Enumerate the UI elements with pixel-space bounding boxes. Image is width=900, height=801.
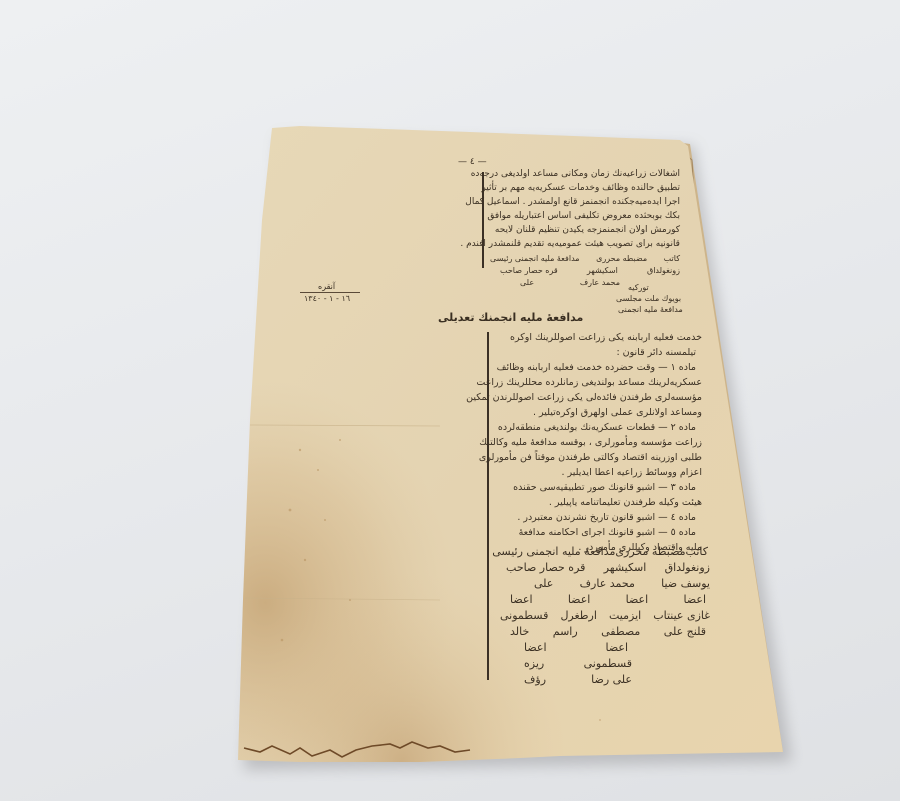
member-label: اعضا — [605, 641, 628, 654]
document-paper — [0, 0, 900, 801]
top-signature-places: زونغولداق اسكيشهر قره حصار صاحب — [500, 266, 680, 275]
signature-place: قره حصار صاحب — [506, 561, 585, 574]
member-label: اعضا — [683, 593, 706, 606]
article-line: هيئت وكيله طرفندن تعليماتنامه ياپيلير . — [492, 498, 702, 513]
page-number: — ٤ — — [458, 158, 487, 167]
signature-place: اسكيشهر — [587, 266, 618, 275]
signature-name: محمد عارف — [580, 278, 620, 287]
date-value: ١٦ - ١ - ١٣٤٠ — [304, 295, 350, 303]
article-line: طلبى اوزرينه اقتصاد وكالتى طرفندن موقتاً… — [492, 453, 702, 468]
top-paragraph: اشغالات زراعيه‌نك زمان ومكانى مساعد اولد… — [488, 170, 680, 254]
signature-names-row: يوسف ضيا محمد عارف على — [534, 577, 710, 590]
member-name: مصطفى — [601, 625, 640, 638]
member-label: اعضا — [568, 593, 591, 606]
article-line: ماده ٥ — اشبو قانونك اجراى احكامنه مدافع… — [492, 528, 702, 543]
signature-title: مدافعهٔ مليه انجمنى رئيسى — [490, 254, 580, 263]
member-name: على رضا — [591, 673, 632, 686]
article-line: اعزام ووسائط زراعيه اعطا ايديلير . — [492, 468, 702, 483]
member-place: قسطمونى — [584, 657, 632, 670]
members-label-row-2: اعضا اعضا — [524, 641, 628, 654]
article-line: ومساعد اولانلرى عملى اولهرق اوكره‌تيلير … — [492, 408, 702, 423]
member-place: ايزميت — [609, 609, 641, 622]
paragraph-line: اجرا ايده‌ميه‌جكنده انجمنمز قانع اولمشدر… — [488, 198, 680, 212]
paragraph-line: قانونيه براى تصويب هيئت عموميه‌يه تقديم … — [488, 240, 680, 254]
signature-place: زونغولداق — [647, 266, 680, 275]
paragraph-line: تطبيق حالنده وظائف وخدمات عسكريه‌يه مهم … — [488, 184, 680, 198]
members-label-row: اعضا اعضا اعضا اعضا — [510, 593, 706, 606]
signature-name: محمد عارف — [580, 577, 635, 590]
signature-title: مدافعهٔ مليه انجمنى رئيسى — [492, 545, 615, 558]
date-rule — [300, 292, 360, 293]
member-name: خالد — [510, 625, 529, 638]
article-line: مؤسسه‌لرى طرفندن فائده‌لى يكى زراعت اصول… — [492, 393, 702, 408]
header-country: توركيه — [628, 284, 649, 292]
signature-name: يوسف ضيا — [661, 577, 710, 590]
member-place: غازى عينتاب — [653, 609, 710, 622]
signature-titles-row: كاتب مضبطه محررى مدافعهٔ مليه انجمنى رئي… — [496, 545, 708, 558]
member-places-row-2: قسطمونى ريزه — [524, 657, 632, 670]
member-name: رؤف — [524, 673, 546, 686]
signature-title: مضبطه محررى — [596, 254, 647, 263]
paragraph-line: اشغالات زراعيه‌نك زمان ومكانى مساعد اولد… — [488, 170, 680, 184]
article-line: ماده ٤ — اشبو قانون تاريخ نشرندن معتبردر… — [492, 513, 702, 528]
member-label: اعضا — [524, 641, 547, 654]
signature-places-row: زونغولداق اسكيشهر قره حصار صاحب — [506, 561, 710, 574]
member-name: قلنج على — [664, 625, 706, 638]
member-place: ارطغرل — [560, 609, 597, 622]
law-title-line: تيلمسنه دائر قانون : — [492, 348, 702, 363]
header-committee: مدافعهٔ مليه انجمنى — [618, 306, 683, 314]
member-places-row: غازى عينتاب ايزميت ارطغرل قسطمونى — [500, 609, 710, 622]
signature-place: زونغولداق — [665, 561, 710, 574]
header-assembly: بويوك ملت مجلسى — [616, 295, 681, 303]
member-label: اعضا — [510, 593, 533, 606]
signature-title: كاتب — [686, 545, 708, 558]
signature-place: قره حصار صاحب — [500, 266, 558, 275]
member-names-row: قلنج على مصطفى راسم خالد — [510, 625, 706, 638]
article-line: ماده ٣ — اشبو قانونك صور تطبيقيه‌سى حقند… — [492, 483, 702, 498]
date-place: آنقره — [318, 283, 335, 291]
article-line: عسكريه‌لرينك مساعد بولنديغى زمانلرده محل… — [492, 378, 702, 393]
member-place: ريزه — [524, 657, 544, 670]
signature-place: اسكيشهر — [604, 561, 647, 574]
member-place: قسطمونى — [500, 609, 548, 622]
article-line: ماده ٢ — قطعات عسكريه‌نك بولنديغى منطقه‌… — [492, 423, 702, 438]
member-names-row-2: على رضا رؤف — [524, 673, 632, 686]
top-signature-titles: كاتب مضبطه محررى مدافعهٔ مليه انجمنى رئي… — [490, 254, 680, 263]
signature-title: مضبطه محررى — [615, 545, 685, 558]
member-name: راسم — [553, 625, 578, 638]
article-line: زراعت مؤسسه ومأمورلرى ، بوقسه مدافعهٔ مل… — [492, 438, 702, 453]
law-title-line: خدمت فعليه اربابنه يكى زراعت اصوللرينك ا… — [492, 333, 702, 348]
member-label: اعضا — [626, 593, 649, 606]
law-body: خدمت فعليه اربابنه يكى زراعت اصوللرينك ا… — [492, 333, 702, 558]
signature-title: كاتب — [664, 254, 680, 263]
signature-name: على — [534, 577, 553, 590]
top-signature-names: محمد عارف على — [520, 278, 620, 287]
article-line: ماده ١ — وقت حضرده خدمت فعليه اربابنه وظ… — [492, 363, 702, 378]
paragraph-line: بكك بوبحثده معروض تكليفى اساس اعتباريله … — [488, 212, 680, 226]
signature-name: على — [520, 278, 534, 287]
section-title: مدافعهٔ مليه انجمنك تعديلى — [438, 312, 583, 323]
paragraph-line: كورمش اولان انجمنمزجه يكيدن تنظيم قلنان … — [488, 226, 680, 240]
